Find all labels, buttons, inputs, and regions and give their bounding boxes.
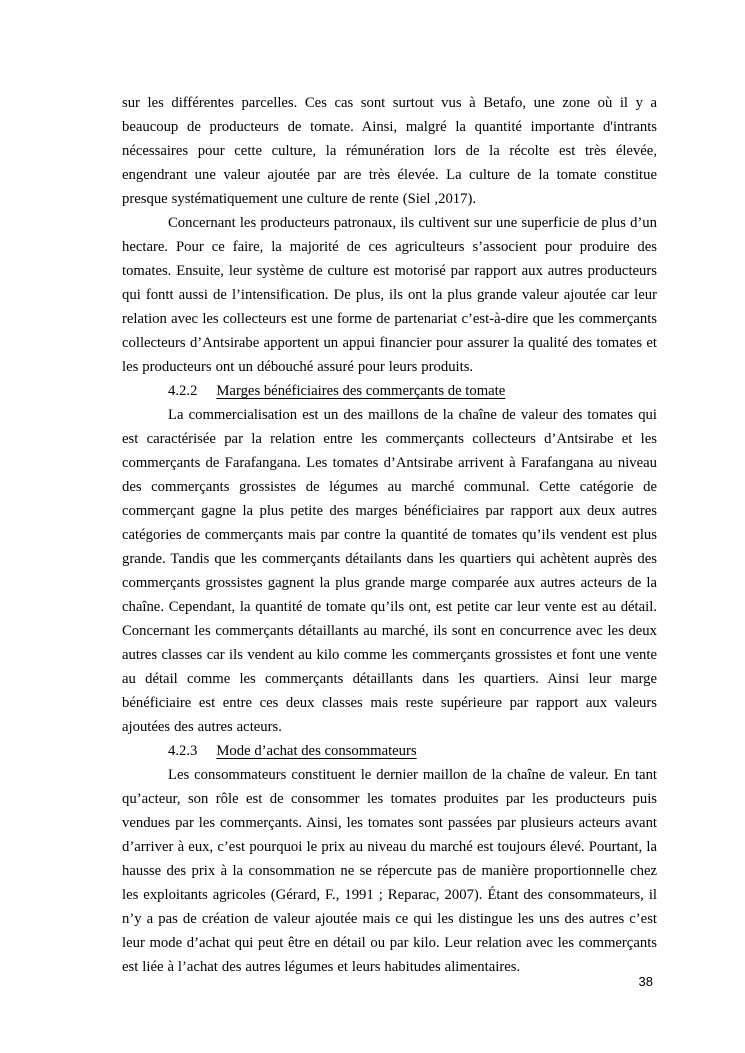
section-number: 4.2.3 xyxy=(168,739,197,763)
page-number: 38 xyxy=(639,974,653,989)
section-heading-4-2-2: 4.2.2Marges bénéficiaires des commerçant… xyxy=(122,379,657,403)
section-title: Mode d’achat des consommateurs xyxy=(216,743,416,759)
document-page: sur les différentes parcelles. Ces cas s… xyxy=(0,0,745,1053)
paragraph-continuation: sur les différentes parcelles. Ces cas s… xyxy=(122,91,657,211)
paragraph-mode-achat-consommateurs: Les consommateurs constituent le dernier… xyxy=(122,763,657,979)
page-content: sur les différentes parcelles. Ces cas s… xyxy=(122,91,657,979)
paragraph-marges-beneficiaires: La commercialisation est un des maillons… xyxy=(122,403,657,739)
section-heading-4-2-3: 4.2.3Mode d’achat des consommateurs xyxy=(122,739,657,763)
paragraph-producteurs-patronaux: Concernant les producteurs patronaux, il… xyxy=(122,211,657,379)
section-number: 4.2.2 xyxy=(168,379,197,403)
section-title: Marges bénéficiaires des commerçants de … xyxy=(216,383,505,399)
